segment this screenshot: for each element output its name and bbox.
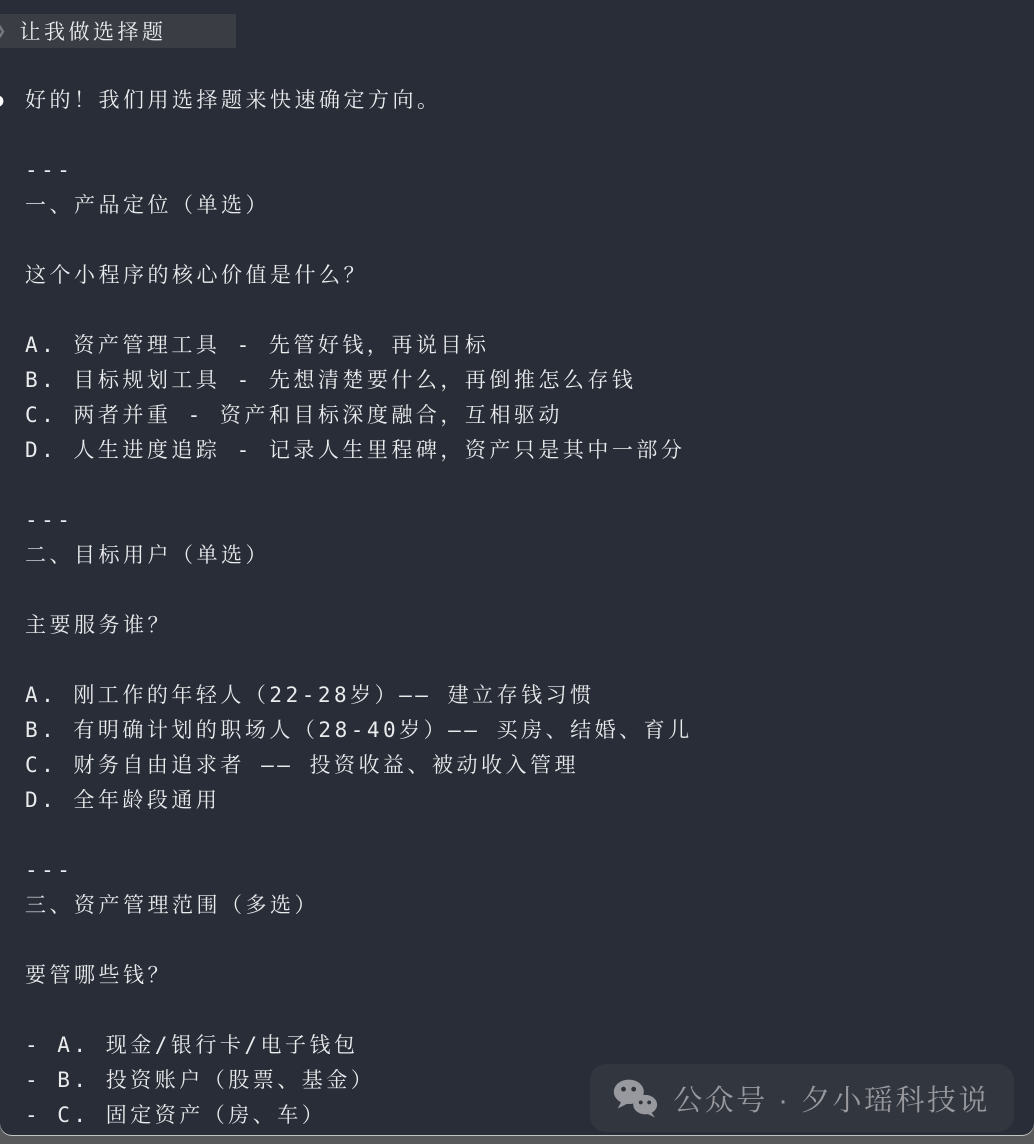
line-question: 要管哪些钱？ bbox=[25, 958, 1024, 993]
user-prompt-text: 让我做选择题 bbox=[19, 16, 166, 46]
line-separator: --- bbox=[25, 853, 1024, 888]
line-blank bbox=[25, 643, 1024, 678]
line-text: 主要服务谁？ bbox=[25, 613, 172, 637]
line-question: 这个小程序的核心价值是什么？ bbox=[25, 258, 1024, 293]
wechat-icon bbox=[612, 1077, 658, 1119]
line-text bbox=[25, 228, 41, 252]
line-text bbox=[25, 998, 41, 1022]
line-text: B. 有明确计划的职场人（28-40岁）—— 买房、结婚、育儿 bbox=[25, 718, 693, 742]
line-text: C. 财务自由追求者 —— 投资收益、被动收入管理 bbox=[25, 753, 579, 777]
line-option: - A. 现金/银行卡/电子钱包 bbox=[25, 1028, 1024, 1063]
line-text bbox=[25, 648, 41, 672]
user-prompt-box[interactable]: ❯ 让我做选择题 bbox=[0, 14, 236, 48]
message-lines: ●好的！我们用选择题来快速确定方向。 ---一、产品定位（单选） 这个小程序的核… bbox=[25, 83, 1024, 1133]
line-text bbox=[25, 123, 41, 147]
line-question: 主要服务谁？ bbox=[25, 608, 1024, 643]
watermark-text: 公众号 · 夕小瑶科技说 bbox=[673, 1078, 990, 1119]
line-intro: ●好的！我们用选择题来快速确定方向。 bbox=[25, 83, 1024, 118]
line-blank bbox=[25, 923, 1024, 958]
line-blank bbox=[25, 118, 1024, 153]
line-separator: --- bbox=[25, 153, 1024, 188]
line-text: 二、目标用户（单选） bbox=[25, 543, 270, 567]
line-text: 这个小程序的核心价值是什么？ bbox=[25, 263, 368, 287]
line-text: A. 资产管理工具 - 先管好钱，再说目标 bbox=[25, 333, 489, 357]
line-separator: --- bbox=[25, 503, 1024, 538]
line-blank bbox=[25, 468, 1024, 503]
line-option: D. 人生进度追踪 - 记录人生里程碑，资产只是其中一部分 bbox=[25, 433, 1024, 468]
assistant-bullet-icon: ● bbox=[0, 83, 7, 118]
line-text: --- bbox=[25, 158, 73, 182]
line-text: - B. 投资账户（股票、基金） bbox=[25, 1068, 375, 1092]
line-blank bbox=[25, 818, 1024, 853]
line-option: B. 目标规划工具 - 先想清楚要什么，再倒推怎么存钱 bbox=[25, 363, 1024, 398]
line-text: - C. 固定资产（房、车） bbox=[25, 1103, 326, 1127]
line-text: B. 目标规划工具 - 先想清楚要什么，再倒推怎么存钱 bbox=[25, 368, 636, 392]
line-text: D. 全年龄段通用 bbox=[25, 788, 220, 812]
line-text bbox=[25, 823, 41, 847]
line-text: 要管哪些钱？ bbox=[25, 963, 172, 987]
line-text bbox=[25, 473, 41, 497]
line-text bbox=[25, 298, 41, 322]
line-text: 一、产品定位（单选） bbox=[25, 193, 270, 217]
line-text: --- bbox=[25, 508, 73, 532]
line-option: B. 有明确计划的职场人（28-40岁）—— 买房、结婚、育儿 bbox=[25, 713, 1024, 748]
line-text bbox=[25, 578, 41, 602]
terminal-window: ❯ 让我做选择题 ●好的！我们用选择题来快速确定方向。 ---一、产品定位（单选… bbox=[0, 0, 1034, 1135]
line-text: 好的！我们用选择题来快速确定方向。 bbox=[25, 88, 442, 112]
chevron-right-icon: ❯ bbox=[0, 22, 6, 41]
watermark-badge: 公众号 · 夕小瑶科技说 bbox=[590, 1064, 1014, 1132]
line-option: A. 刚工作的年轻人（22-28岁）—— 建立存钱习惯 bbox=[25, 678, 1024, 713]
line-blank bbox=[25, 293, 1024, 328]
line-blank bbox=[25, 993, 1024, 1028]
line-text: C. 两者并重 - 资产和目标深度融合，互相驱动 bbox=[25, 403, 563, 427]
line-option: C. 财务自由追求者 —— 投资收益、被动收入管理 bbox=[25, 748, 1024, 783]
line-heading: 二、目标用户（单选） bbox=[25, 538, 1024, 573]
line-heading: 三、资产管理范围（多选） bbox=[25, 888, 1024, 923]
line-text: - A. 现金/银行卡/电子钱包 bbox=[25, 1033, 359, 1057]
line-option: C. 两者并重 - 资产和目标深度融合，互相驱动 bbox=[25, 398, 1024, 433]
line-text: 三、资产管理范围（多选） bbox=[25, 893, 319, 917]
line-text: A. 刚工作的年轻人（22-28岁）—— 建立存钱习惯 bbox=[25, 683, 595, 707]
line-text: --- bbox=[25, 858, 73, 882]
line-text bbox=[25, 928, 41, 952]
line-blank bbox=[25, 573, 1024, 608]
line-text: D. 人生进度追踪 - 记录人生里程碑，资产只是其中一部分 bbox=[25, 438, 685, 462]
line-blank bbox=[25, 223, 1024, 258]
line-option: A. 资产管理工具 - 先管好钱，再说目标 bbox=[25, 328, 1024, 363]
line-option: D. 全年龄段通用 bbox=[25, 783, 1024, 818]
line-heading: 一、产品定位（单选） bbox=[25, 188, 1024, 223]
